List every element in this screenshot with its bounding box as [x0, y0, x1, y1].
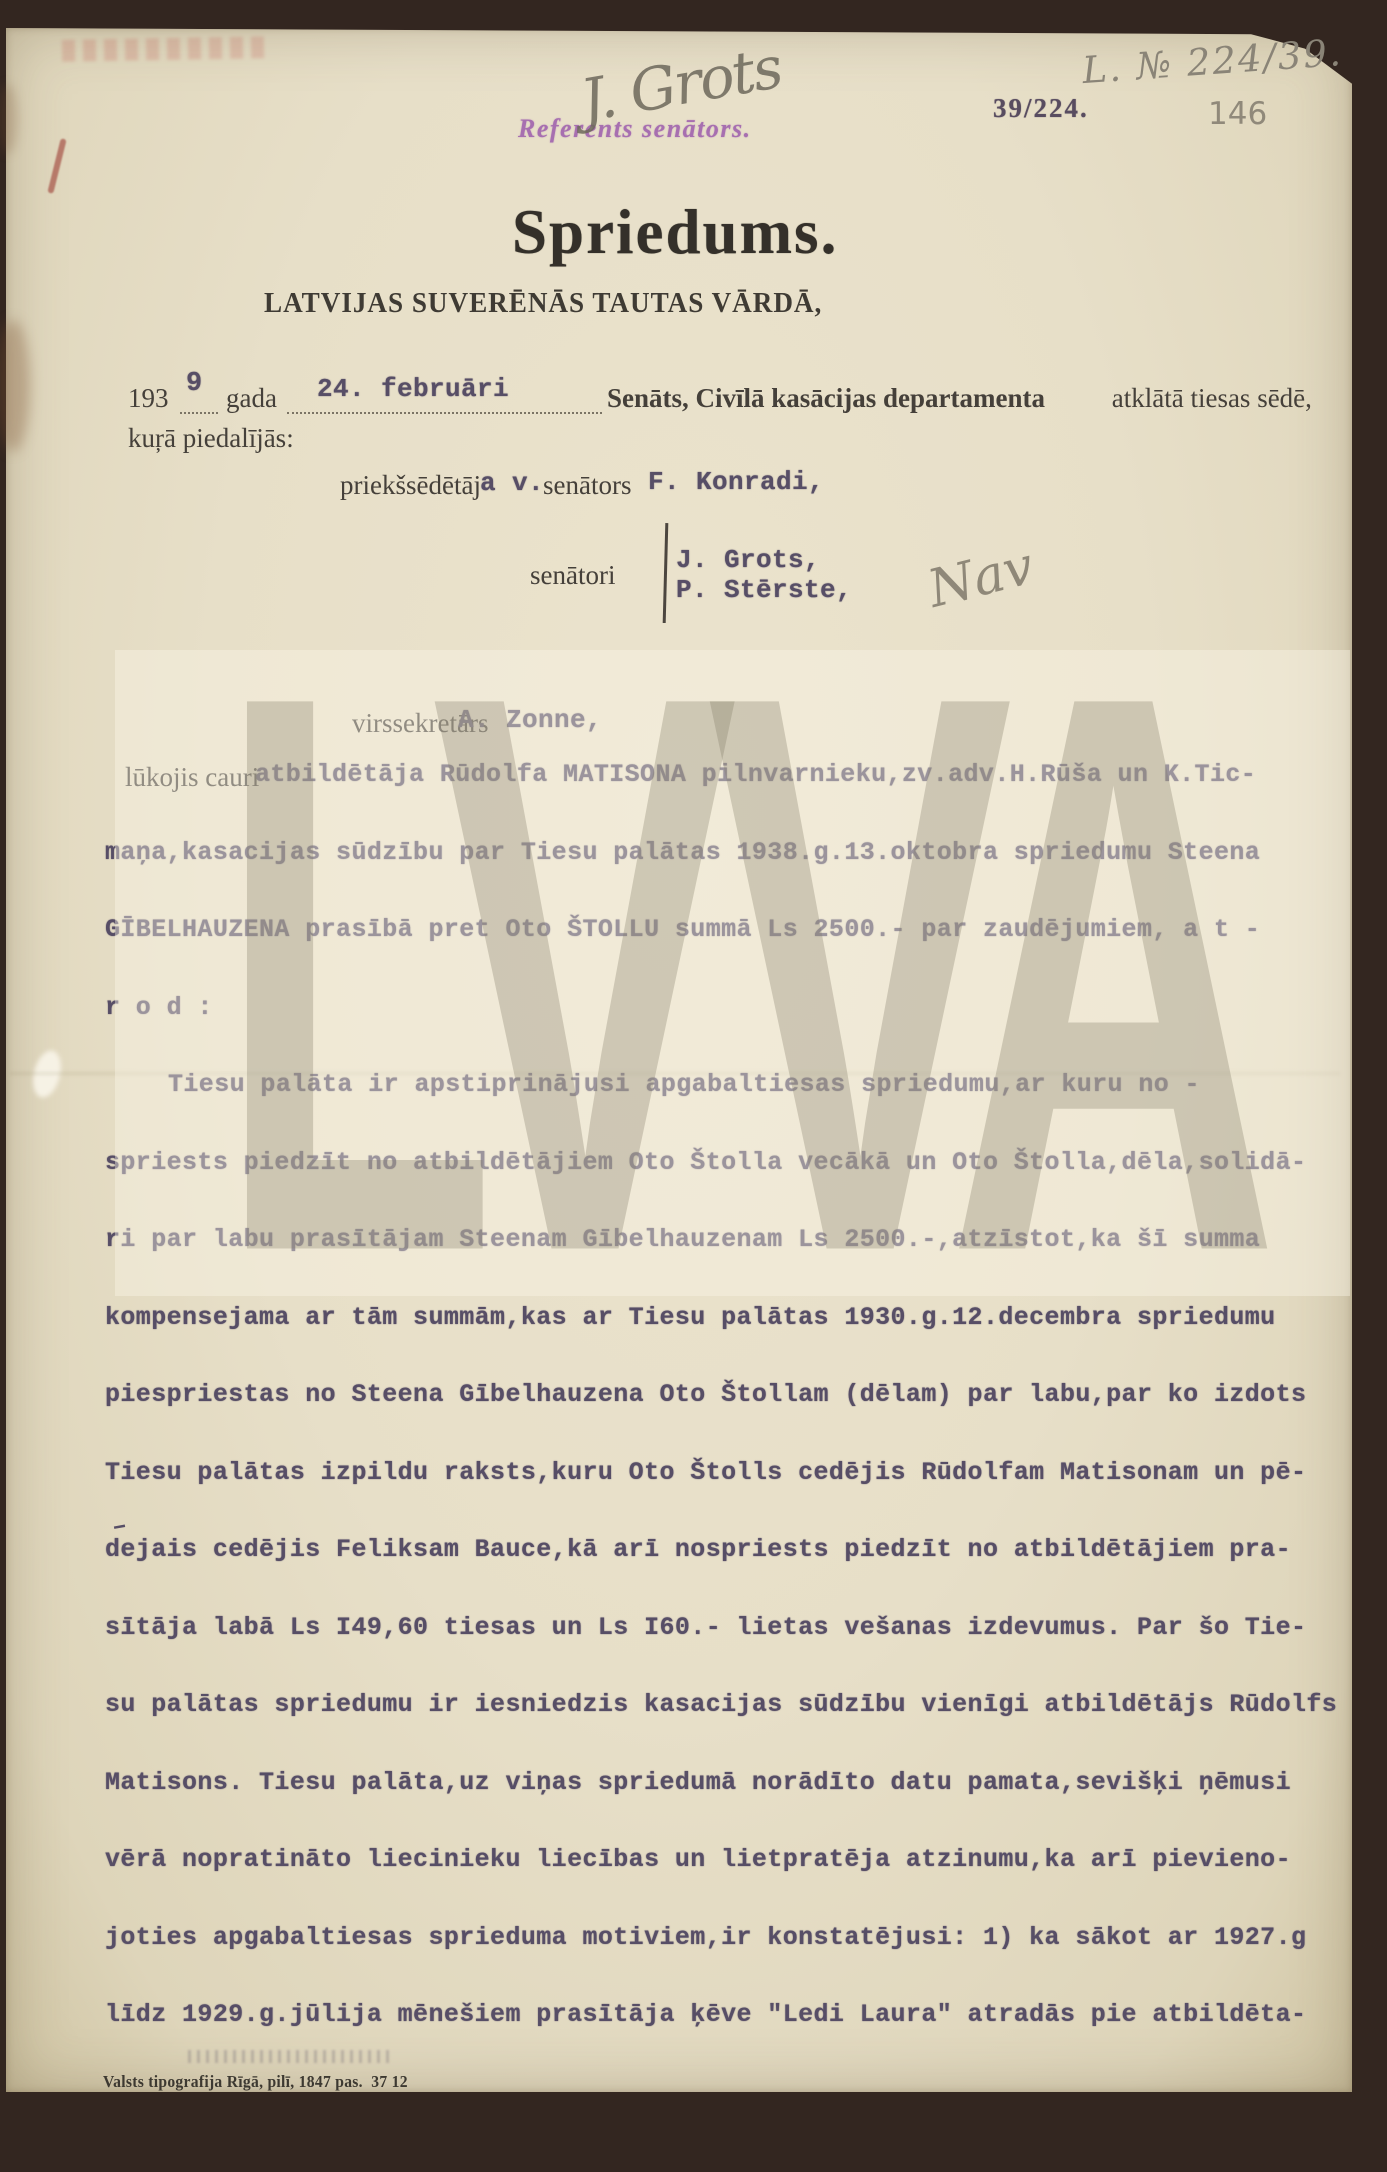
gada-label: gada — [226, 383, 277, 414]
session-label: atklātā tiesas sēdē, — [1105, 383, 1312, 414]
year-prefix: 193 — [128, 383, 169, 414]
year-filled: 9 — [186, 369, 203, 399]
chairman-label: priekšsēdētāj — [340, 470, 481, 501]
document-photo: L. № 224/39. 39/224. 146 Referents senāt… — [0, 0, 1387, 2172]
printer-imprint: Valsts tipografija Rīgā, pilī, 1847 pas.… — [103, 2072, 408, 2092]
fill-line — [287, 411, 602, 414]
typed-line: su palātas spriedumu ir iesniedzis kasac… — [105, 1690, 1360, 1768]
watermark-letters: LVVA — [217, 650, 1249, 1296]
faint-typed-smudge — [188, 2050, 393, 2063]
fill-line — [180, 411, 218, 414]
typed-line: Tiesu palātas izpildu raksts,kuru Oto Št… — [105, 1458, 1360, 1536]
archive-watermark: LVVA — [115, 650, 1350, 1296]
typed-line: joties apgabaltiesas sprieduma motiviem,… — [105, 1923, 1360, 2001]
typed-line: vērā nopratināto liecinieku liecības un … — [105, 1845, 1360, 1923]
date-filled: 24. februāri — [317, 374, 509, 404]
senators-label: senātori — [530, 560, 615, 591]
typed-line: sītāja labā Ls I49,60 tiesas un Ls I60.-… — [105, 1613, 1360, 1691]
page-number-pencil: 146 — [1208, 96, 1267, 132]
chairman-name: F. Konradi, — [648, 467, 824, 497]
senator-name: J. Grots, — [676, 545, 820, 575]
faint-red-stamp — [62, 36, 267, 62]
typed-line: dejais cedējis Feliksam Bauce,kā arī nos… — [105, 1535, 1360, 1613]
chairman-fill: a v. — [480, 468, 544, 498]
document-subtitle: LATVIJAS SUVERĒNĀS TAUTAS VĀRDĀ, — [264, 288, 822, 320]
senator-name: P. Stērste, — [676, 575, 852, 605]
typed-line: kompensejama ar tām summām,kas ar Tiesu … — [105, 1303, 1360, 1381]
document-title: Spriedums. — [512, 196, 838, 269]
typed-line: piespriestas no Steena Gībelhauzena Oto … — [105, 1380, 1360, 1458]
typed-line: Matisons. Tiesu palāta,uz viņas spriedum… — [105, 1768, 1360, 1846]
chairman-title: senātors — [543, 470, 631, 501]
participants-label: kuŗā piedalījās: — [128, 423, 294, 454]
typed-line: līdz 1929.g.jūlija mēnešiem prasītāja ķē… — [105, 2000, 1360, 2078]
senate-label: Senāts, Civīlā kasācijas departamenta — [607, 383, 1045, 414]
case-number-stamp: 39/224. — [993, 93, 1089, 124]
